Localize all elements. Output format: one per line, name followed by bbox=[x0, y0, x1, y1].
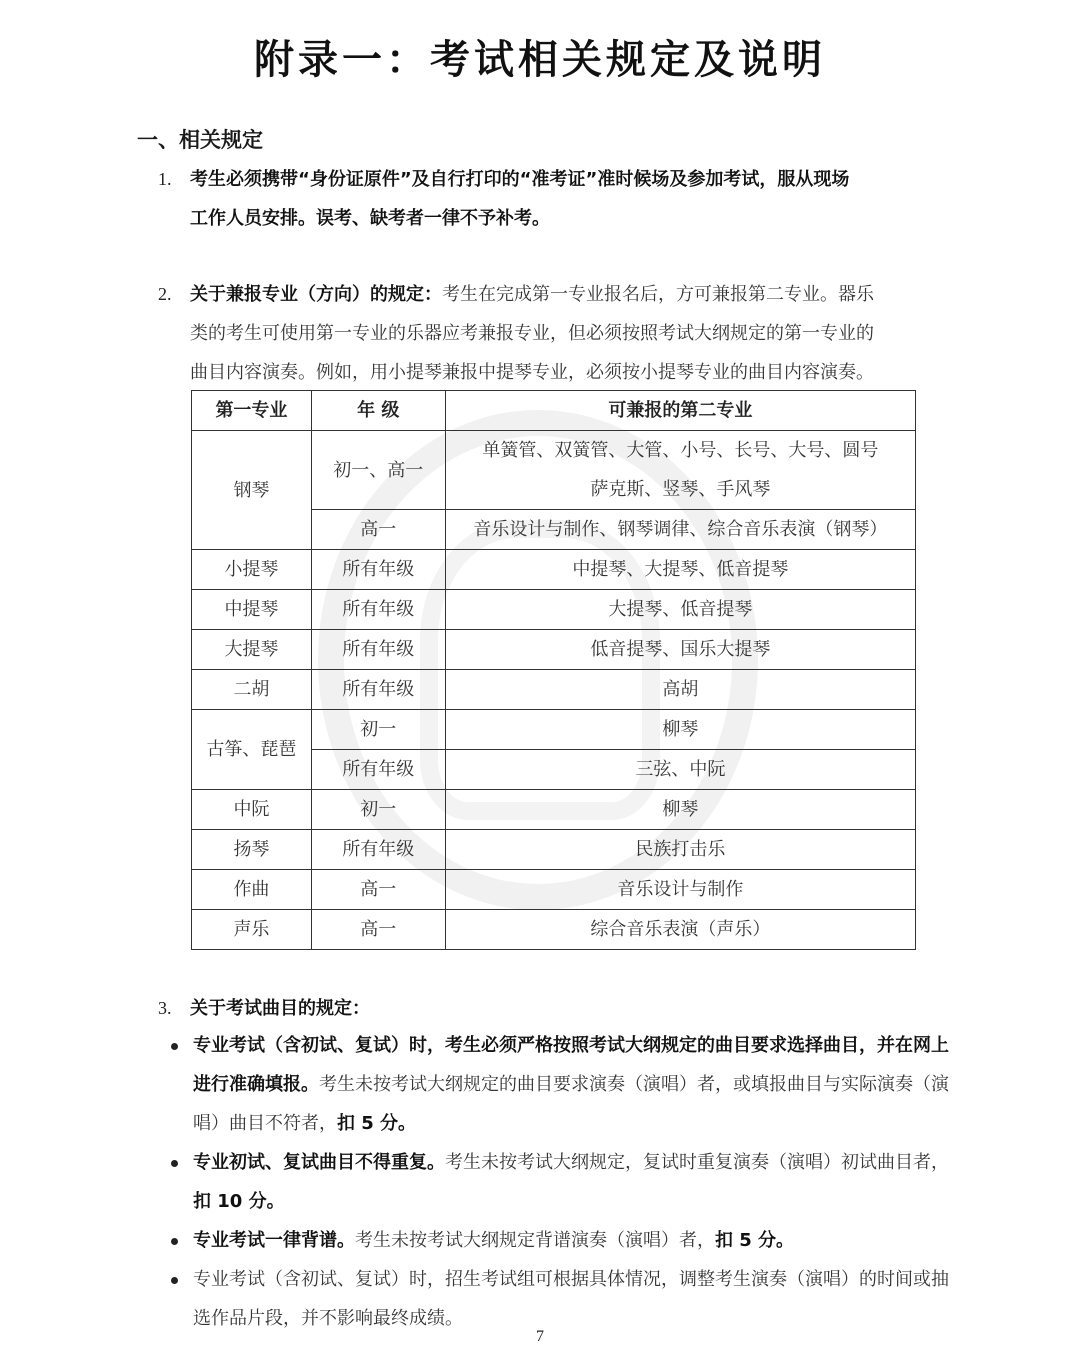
table-row: 扬琴 所有年级 民族打击乐 bbox=[192, 830, 916, 870]
cell-second: 综合音乐表演（声乐） bbox=[445, 910, 915, 950]
cell-grade: 所有年级 bbox=[311, 630, 445, 670]
rule-2-line-2: 类的考生可使用第一专业的乐器应考兼报专业，但必须按照考试大纲规定的第一专业的 bbox=[158, 314, 948, 353]
cell-second: 高胡 bbox=[445, 670, 915, 710]
cell-major: 作曲 bbox=[192, 870, 312, 910]
cell-major: 扬琴 bbox=[192, 830, 312, 870]
header-grade: 年 级 bbox=[311, 391, 445, 431]
bullet-icon bbox=[171, 1238, 178, 1245]
cell-grade: 高一 bbox=[311, 870, 445, 910]
rule-2: 2.关于兼报专业（方向）的规定：考生在完成第一专业报名后，方可兼报第二专业。器乐… bbox=[158, 275, 948, 392]
list-item: 专业考试（含初试、复试）时，招生考试组可根据具体情况，调整考生演奏（演唱）的时间… bbox=[165, 1260, 950, 1338]
list-item: 专业初试、复试曲目不得重复。考生未按考试大纲规定，复试时重复演奏（演唱）初试曲目… bbox=[165, 1143, 950, 1221]
bullet-text: 考生未按考试大纲规定，复试时重复演奏（演唱）初试曲目者， bbox=[445, 1152, 949, 1173]
rule-3: 3.关于考试曲目的规定： bbox=[158, 989, 948, 1028]
penalty-text: 扣 10 分。 bbox=[193, 1191, 285, 1212]
cell-major: 小提琴 bbox=[192, 550, 312, 590]
cell-major: 二胡 bbox=[192, 670, 312, 710]
cell-second: 单簧管、双簧管、大管、小号、长号、大号、圆号 萨克斯、竖琴、手风琴 bbox=[445, 431, 915, 510]
second-major-table: 第一专业 年 级 可兼报的第二专业 钢琴 初一、高一 单簧管、双簧管、大管、小号… bbox=[191, 390, 916, 950]
cell-grade: 高一 bbox=[311, 510, 445, 550]
table-row: 大提琴 所有年级 低音提琴、国乐大提琴 bbox=[192, 630, 916, 670]
cell-second: 音乐设计与制作 bbox=[445, 870, 915, 910]
cell-major: 声乐 bbox=[192, 910, 312, 950]
cell-second: 低音提琴、国乐大提琴 bbox=[445, 630, 915, 670]
cell-grade: 初一 bbox=[311, 710, 445, 750]
rule-3-heading: 关于考试曲目的规定： bbox=[190, 998, 370, 1019]
bullet-text: 考生未按考试大纲规定背谱演奏（演唱）者， bbox=[355, 1230, 715, 1251]
cell-second: 音乐设计与制作、钢琴调律、综合音乐表演（钢琴） bbox=[445, 510, 915, 550]
cell-grade: 所有年级 bbox=[311, 670, 445, 710]
table-row: 古筝、琵琶 初一 柳琴 bbox=[192, 710, 916, 750]
rule-number: 3. bbox=[158, 989, 190, 1028]
cell-second: 大提琴、低音提琴 bbox=[445, 590, 915, 630]
cell-grade: 高一 bbox=[311, 910, 445, 950]
rule-2-line-1: 考生在完成第一专业报名后，方可兼报第二专业。器乐 bbox=[442, 284, 874, 305]
penalty-text: 扣 5 分。 bbox=[715, 1230, 794, 1251]
cell-grade: 所有年级 bbox=[311, 750, 445, 790]
cell-major: 中提琴 bbox=[192, 590, 312, 630]
header-first-major: 第一专业 bbox=[192, 391, 312, 431]
repertoire-rules-list: 专业考试（含初试、复试）时，考生必须严格按照考试大纲规定的曲目要求选择曲目，并在… bbox=[165, 1026, 950, 1338]
bullet-icon bbox=[171, 1043, 178, 1050]
page-number: 7 bbox=[0, 1328, 1080, 1346]
list-item: 专业考试（含初试、复试）时，考生必须严格按照考试大纲规定的曲目要求选择曲目，并在… bbox=[165, 1026, 950, 1143]
table-row: 小提琴 所有年级 中提琴、大提琴、低音提琴 bbox=[192, 550, 916, 590]
rule-1: 1.考生必须携带“身份证原件”及自行打印的“准考证”准时候场及参加考试，服从现场… bbox=[158, 160, 948, 238]
cell-second-line-1: 单簧管、双簧管、大管、小号、长号、大号、圆号 bbox=[452, 431, 909, 470]
cell-major: 大提琴 bbox=[192, 630, 312, 670]
table-row: 声乐 高一 综合音乐表演（声乐） bbox=[192, 910, 916, 950]
cell-grade: 所有年级 bbox=[311, 550, 445, 590]
list-item: 专业考试一律背谱。考生未按考试大纲规定背谱演奏（演唱）者，扣 5 分。 bbox=[165, 1221, 950, 1260]
bullet-bold-text: 专业考试一律背谱。 bbox=[193, 1230, 355, 1251]
cell-grade: 初一、高一 bbox=[311, 431, 445, 510]
rule-1-line-1: 考生必须携带“身份证原件”及自行打印的“准考证”准时候场及参加考试，服从现场 bbox=[190, 169, 849, 190]
penalty-text: 扣 5 分。 bbox=[337, 1113, 416, 1134]
bullet-bold-text: 专业初试、复试曲目不得重复。 bbox=[193, 1152, 445, 1173]
bullet-bold-text: 专业考试（含初试、复试）时，考生必须严格按照考试大纲规定的曲目要求选择曲目， bbox=[193, 1035, 877, 1056]
rule-2-lead: 关于兼报专业（方向）的规定： bbox=[190, 284, 442, 305]
table-row: 作曲 高一 音乐设计与制作 bbox=[192, 870, 916, 910]
table-row: 中阮 初一 柳琴 bbox=[192, 790, 916, 830]
bullet-icon bbox=[171, 1160, 178, 1167]
cell-second: 柳琴 bbox=[445, 790, 915, 830]
table-row: 二胡 所有年级 高胡 bbox=[192, 670, 916, 710]
rule-number: 1. bbox=[158, 160, 190, 199]
cell-second: 三弦、中阮 bbox=[445, 750, 915, 790]
rule-number: 2. bbox=[158, 275, 190, 314]
cell-second: 中提琴、大提琴、低音提琴 bbox=[445, 550, 915, 590]
table-row: 中提琴 所有年级 大提琴、低音提琴 bbox=[192, 590, 916, 630]
cell-second: 民族打击乐 bbox=[445, 830, 915, 870]
cell-second-line-2: 萨克斯、竖琴、手风琴 bbox=[452, 470, 909, 509]
cell-grade: 所有年级 bbox=[311, 590, 445, 630]
section-heading: 一、相关规定 bbox=[137, 124, 263, 154]
page-title: 附录一：考试相关规定及说明 bbox=[0, 28, 1080, 85]
header-second-major: 可兼报的第二专业 bbox=[445, 391, 915, 431]
rule-2-line-3: 曲目内容演奏。例如，用小提琴兼报中提琴专业，必须按小提琴专业的曲目内容演奏。 bbox=[158, 353, 948, 392]
cell-grade: 所有年级 bbox=[311, 830, 445, 870]
table-row: 钢琴 初一、高一 单簧管、双簧管、大管、小号、长号、大号、圆号 萨克斯、竖琴、手… bbox=[192, 431, 916, 510]
table-header-row: 第一专业 年 级 可兼报的第二专业 bbox=[192, 391, 916, 431]
cell-major: 钢琴 bbox=[192, 431, 312, 550]
cell-major: 古筝、琵琶 bbox=[192, 710, 312, 790]
bullet-icon bbox=[171, 1277, 178, 1284]
rule-1-line-2: 工作人员安排。误考、缺考者一律不予补考。 bbox=[190, 208, 550, 229]
cell-grade: 初一 bbox=[311, 790, 445, 830]
bullet-text: 专业考试（含初试、复试）时，招生考试组可根据具体情况，调整考生演奏（演唱）的时间… bbox=[193, 1269, 949, 1329]
cell-major: 中阮 bbox=[192, 790, 312, 830]
cell-second: 柳琴 bbox=[445, 710, 915, 750]
